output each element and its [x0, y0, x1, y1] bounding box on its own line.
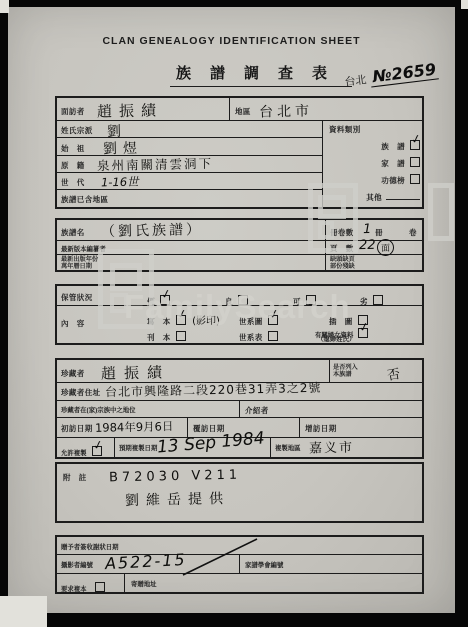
holder-value: 趙振績	[101, 361, 170, 383]
checkbox-icon	[176, 331, 186, 341]
checkbox-pedigree-table: 世系表	[239, 327, 278, 345]
womens-data-note: （媳婦姓氏）	[317, 334, 355, 343]
divider	[299, 417, 300, 437]
missing-label: 缺頭缺頁 部份殘缺	[330, 256, 355, 270]
checkbox-label: 功德榜	[381, 176, 405, 185]
content-label: 內 容	[61, 318, 85, 329]
notes-line1: B72030 V211	[109, 468, 241, 486]
region-label: 地區	[235, 106, 251, 117]
english-title: CLAN GENEALOGY IDENTIFICATION SHEET	[8, 35, 455, 47]
missing-label-line2: 部份殘缺	[330, 263, 355, 270]
first-visit-label: 初訪日期	[61, 423, 93, 434]
publication-label-line2: 萬年曆日期	[61, 263, 92, 270]
listed-in-genealogy-value: 否	[385, 363, 401, 384]
form-paper: CLAN GENEALOGY IDENTIFICATION SHEET 族譜調查…	[8, 7, 455, 613]
handwritten-slash	[57, 537, 422, 592]
checkbox-icon	[410, 157, 420, 167]
checkbox-poor: 劣	[360, 291, 383, 309]
additional-visit-label: 增訪日期	[305, 423, 337, 434]
form-title: 族譜調查表	[176, 62, 346, 83]
introducer-label: 介紹者	[245, 405, 269, 416]
checkbox-label: 刊 本	[147, 333, 171, 342]
section-processing: 贈予者簽收謝狀日期 攝影者編號 A522-15 家譜學會編號 要求複本 寄贈地址	[55, 535, 424, 594]
checkbox-label: 其他	[366, 193, 382, 202]
check-mark: ✓	[410, 131, 423, 147]
checkbox-family-genealogy: 家 譜	[335, 153, 420, 171]
holder-address-value: 台北市興隆路二段220巷31弄3之2號	[105, 379, 322, 401]
check-mark: ✓	[91, 437, 104, 453]
condition-label: 保管狀況	[61, 292, 93, 303]
checkbox-icon	[410, 174, 420, 184]
watermark-logo	[98, 249, 156, 331]
listed-label-line1: 是否列入	[333, 364, 358, 371]
missing-label-line1: 缺頭缺頁	[330, 256, 355, 263]
holder-position-label: 珍藏者在(家)宗族中之地位	[61, 405, 136, 414]
publication-label: 最新出版年份 萬年曆日期	[61, 256, 98, 270]
checkbox-label: 劣	[360, 297, 368, 306]
serial-number: 台北 №2659	[343, 59, 439, 90]
holder-label: 珍藏者	[61, 368, 85, 379]
expected-copy-date-label: 預期複製日期	[119, 443, 157, 452]
section-notes: 附 註 B72030 V211 劉維岳提供	[55, 462, 424, 523]
familysearch-watermark: FamilySearch	[124, 288, 351, 326]
checkbox-icon: ✓	[92, 446, 102, 456]
watermark-logo	[308, 183, 358, 255]
checkbox-icon	[268, 331, 278, 341]
divider	[229, 98, 230, 120]
interviewer-value: 趙振績	[97, 99, 163, 121]
serial-prefix: 台北	[344, 73, 367, 89]
checkbox-clan-genealogy: 族 譜✓	[335, 136, 420, 154]
divider	[329, 360, 330, 382]
covered-area-label: 族譜已含地區	[61, 194, 108, 205]
volumes-unit1: 冊	[375, 227, 383, 238]
surname-label: 姓氏宗派	[61, 125, 93, 136]
check-mark: ✓	[358, 319, 371, 335]
book-title-label: 族譜名	[61, 227, 85, 238]
generations-value: 1-16世	[101, 174, 139, 191]
title-underline	[170, 86, 352, 87]
volumes-unit2: 卷	[409, 227, 417, 238]
checkbox-label: 世系表	[239, 333, 263, 342]
publication-label-line1: 最新出版年份	[61, 256, 98, 263]
checkbox-icon	[373, 295, 383, 305]
section-holder: 珍藏者 趙振績 是否列入 本族譜 否 珍藏者住址 台北市興隆路二段220巷31弄…	[55, 358, 424, 459]
divider	[57, 189, 322, 190]
first-ancestor-label: 始 祖	[61, 143, 85, 154]
film-edge-artifact	[461, 0, 468, 9]
region-value: 台北市	[259, 100, 313, 121]
checkbox-label: 族 譜	[381, 142, 405, 151]
interviewer-label: 面訪者	[61, 106, 85, 117]
notes-label: 附 註	[63, 472, 87, 483]
divider	[239, 400, 240, 417]
divider	[270, 437, 271, 457]
origin-value: 泉州南關清雲洞下	[97, 154, 213, 174]
scanned-document: CLAN GENEALOGY IDENTIFICATION SHEET 族譜調查…	[0, 0, 468, 627]
checkbox-label: 家 譜	[381, 159, 405, 168]
section-identity: 面訪者 趙振績 地區 台北市 姓氏宗派 劉 始 祖 劉煜 原 籍 泉州南關清雲洞…	[55, 96, 424, 209]
listed-in-genealogy-label: 是否列入 本族譜	[333, 364, 358, 378]
divider	[114, 437, 115, 457]
data-category-label: 資料類別	[329, 124, 361, 135]
copy-area-value: 嘉义市	[309, 437, 354, 457]
listed-label-line2: 本族譜	[333, 371, 352, 378]
origin-label: 原 籍	[61, 160, 85, 171]
checkbox-label: 允許複製	[61, 450, 87, 457]
notes-line2: 劉維岳提供	[125, 488, 230, 510]
other-blank-line	[386, 191, 420, 200]
film-edge-artifact	[0, 596, 47, 627]
holder-address-label: 珍藏者住址	[61, 387, 101, 398]
film-edge-artifact	[0, 0, 9, 13]
serial-value: №2659	[369, 59, 439, 87]
divider	[57, 137, 322, 138]
first-visit-value: 1984年9月6日	[95, 418, 174, 436]
checkbox-copy-permitted: 允許複製✓	[61, 442, 102, 460]
checkbox-icon: ✓	[410, 140, 420, 150]
watermark-logo	[428, 183, 454, 241]
copy-area-label: 複製地區	[275, 443, 301, 452]
generations-label: 世 代	[61, 177, 85, 188]
checkbox-icon: ✓	[358, 328, 368, 338]
book-title-value: （劉氏族譜）	[101, 219, 203, 241]
volumes-value: 1	[363, 222, 372, 237]
pages-value: 22	[359, 238, 376, 253]
divider	[57, 417, 422, 418]
